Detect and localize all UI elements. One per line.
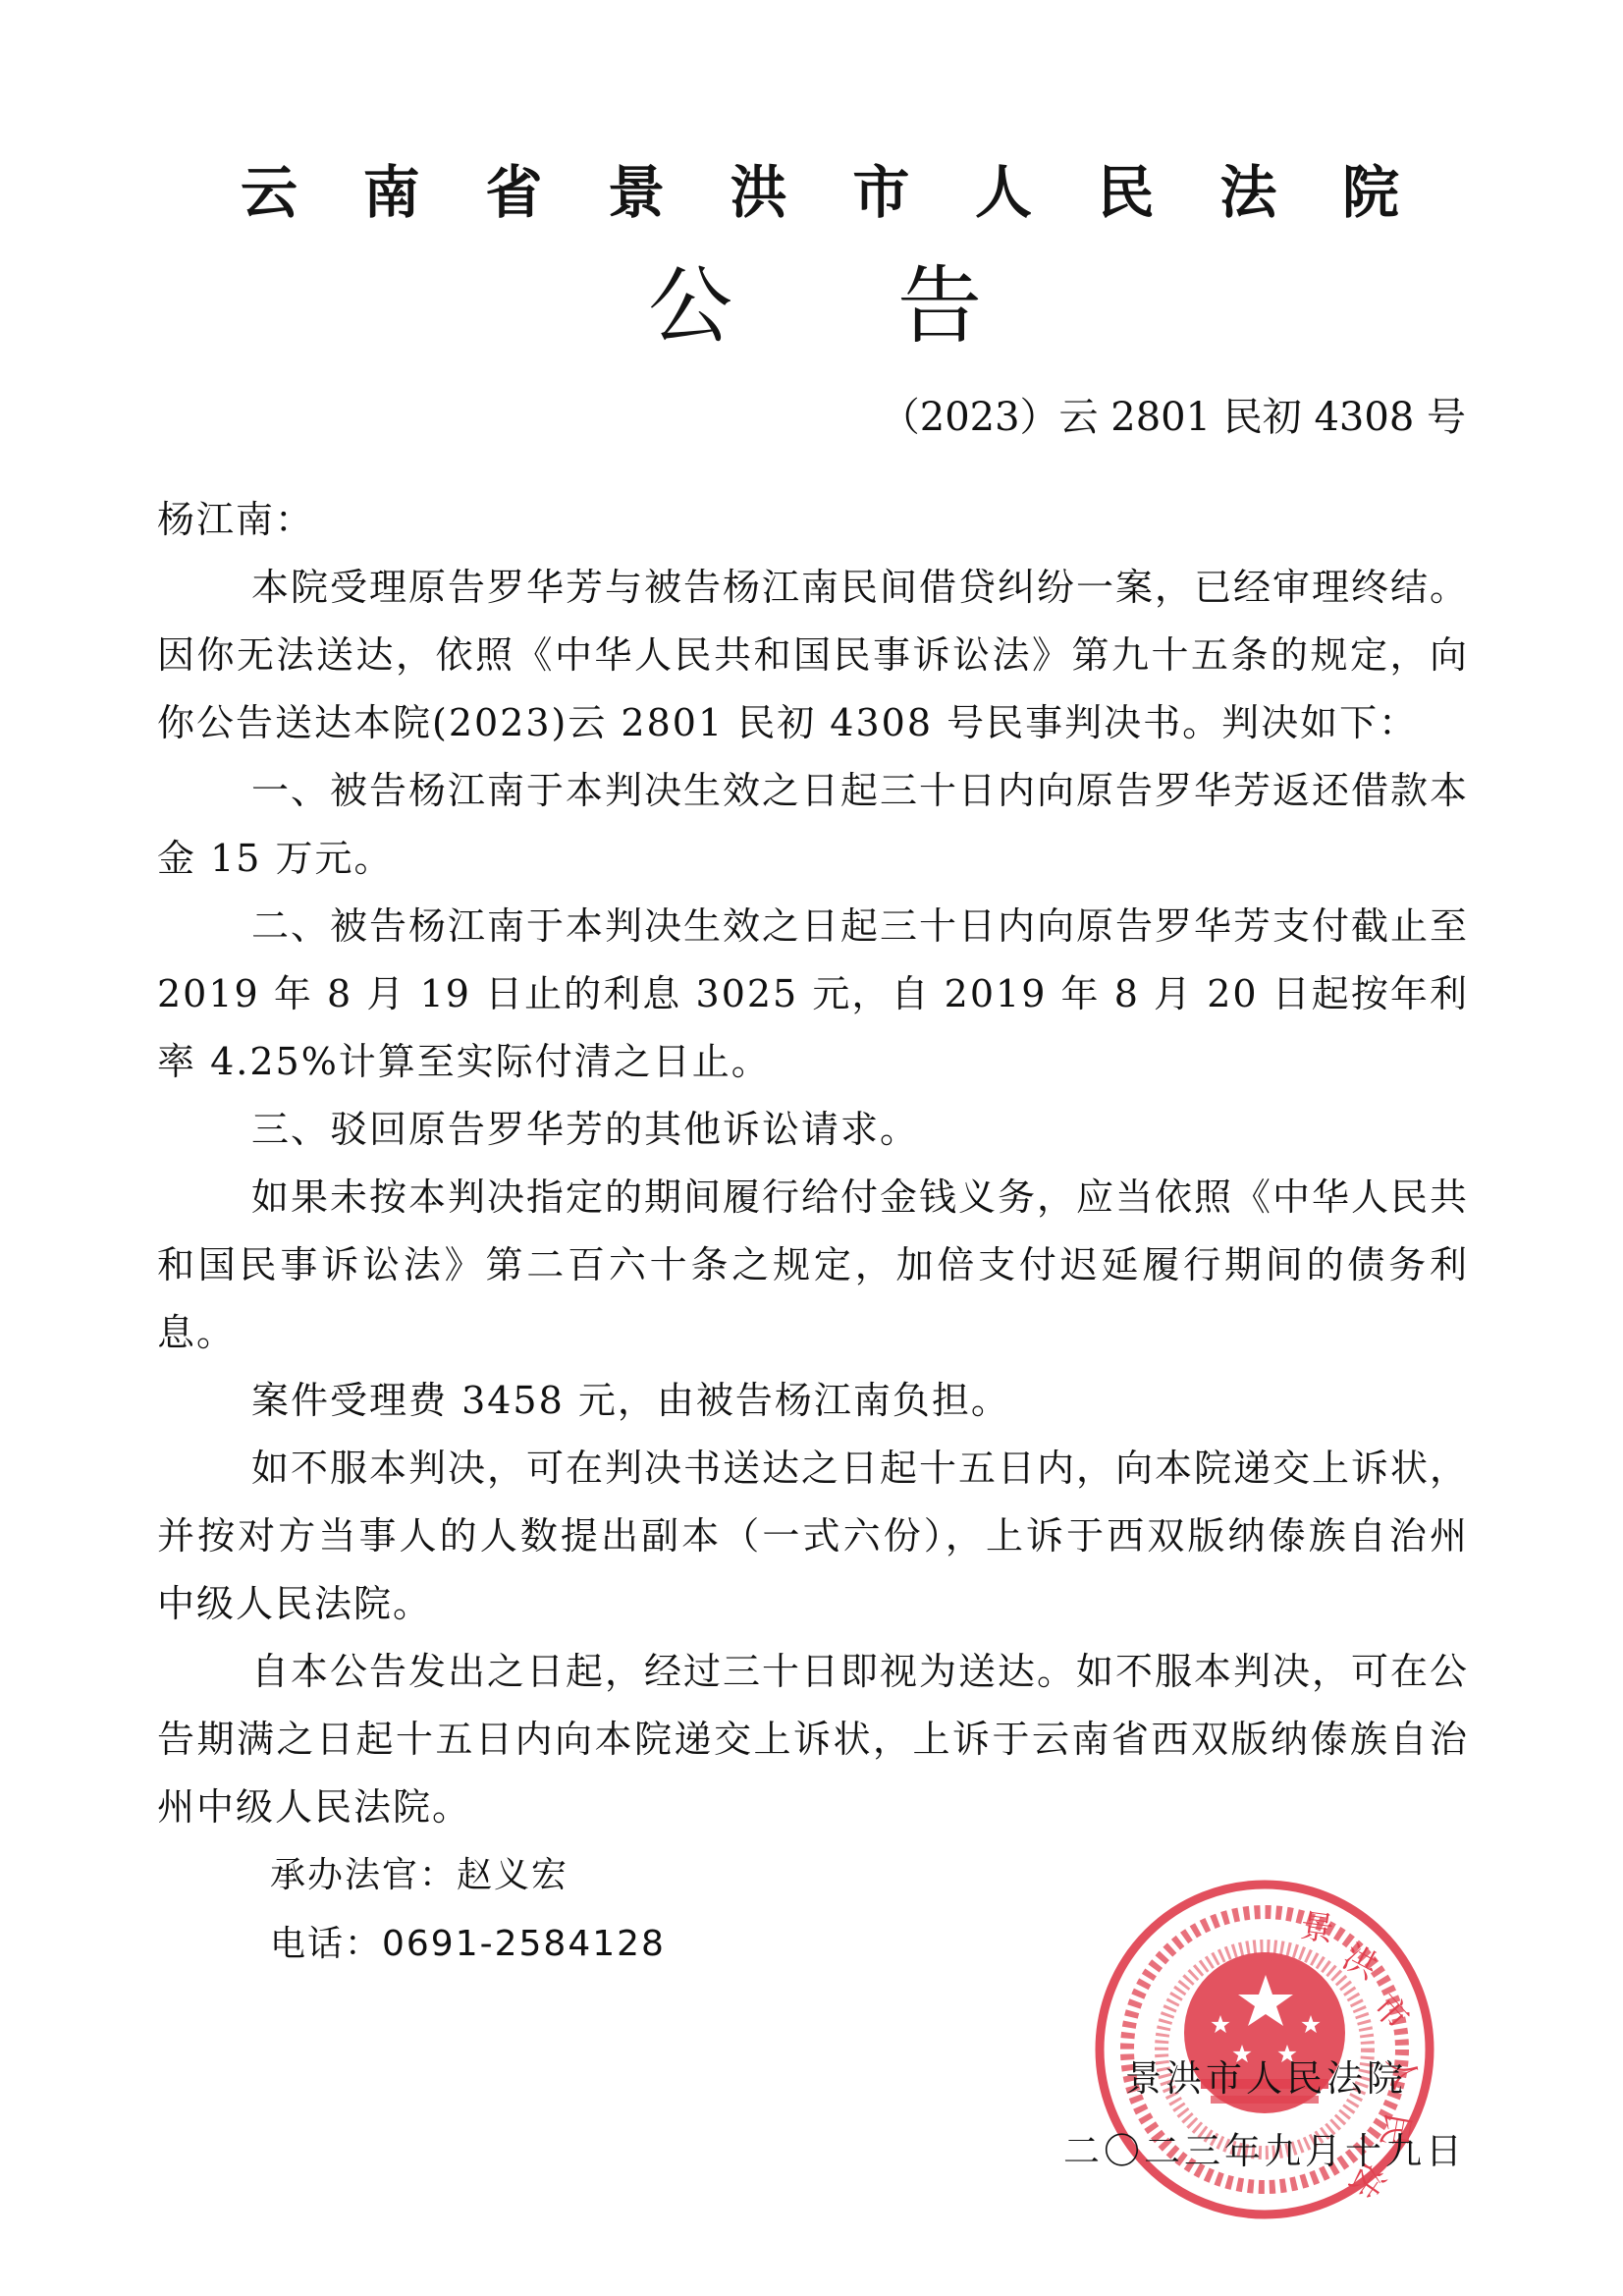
addressee: 杨江南： — [157, 486, 1469, 554]
judgment-item-1: 一、被告杨江南于本判决生效之日起三十日内向原告罗华芳返还借款本金 15 万元。 — [157, 757, 1469, 893]
signoff-date: 二〇二三年九月十九日 — [1063, 2115, 1466, 2188]
paragraph-intro: 本院受理原告罗华芳与被告杨江南民间借贷纠纷一案，已经审理终结。因你无法送达，依照… — [157, 554, 1469, 757]
notice-body: 杨江南： 本院受理原告罗华芳与被告杨江南民间借贷纠纷一案，已经审理终结。因你无法… — [157, 486, 1469, 1841]
case-number: （2023）云 2801 民初 4308 号 — [881, 393, 1466, 442]
contact-info: 承办法官：赵义宏 电话：0691-2584128 — [270, 1841, 666, 1979]
signoff-court-name: 景洪市人民法院 — [1063, 2043, 1407, 2115]
notice-title: 公告 — [648, 257, 982, 355]
judgment-item-2: 二、被告杨江南于本判决生效之日起三十日内向原告罗华芳支付截止至 2019 年 8… — [157, 893, 1469, 1096]
paragraph-late-payment: 如果未按本判决指定的期间履行给付金钱义务，应当依照《中华人民共和国民事诉讼法》第… — [157, 1164, 1469, 1367]
phone-number: 电话：0691-2584128 — [270, 1910, 666, 1979]
judgment-item-3: 三、驳回原告罗华芳的其他诉讼请求。 — [157, 1096, 1469, 1164]
paragraph-service: 自本公告发出之日起，经过三十日即视为送达。如不服本判决，可在公告期满之日起十五日… — [157, 1638, 1469, 1841]
signoff: 景洪市人民法院 二〇二三年九月十九日 — [1063, 2043, 1466, 2188]
paragraph-court-fee: 案件受理费 3458 元，由被告杨江南负担。 — [157, 1367, 1469, 1435]
paragraph-appeal: 如不服本判决，可在判决书送达之日起十五日内，向本院递交上诉状，并按对方当事人的人… — [157, 1435, 1469, 1638]
notice-document: 云南省景洪市人民法院 公告 （2023）云 2801 民初 4308 号 杨江南… — [0, 0, 1623, 2296]
judge-name: 承办法官：赵义宏 — [270, 1841, 666, 1910]
svg-text:市: 市 — [1365, 1987, 1416, 2038]
court-name-heading: 云南省景洪市人民法院 — [241, 157, 1399, 228]
svg-text:景: 景 — [1298, 1906, 1336, 1949]
